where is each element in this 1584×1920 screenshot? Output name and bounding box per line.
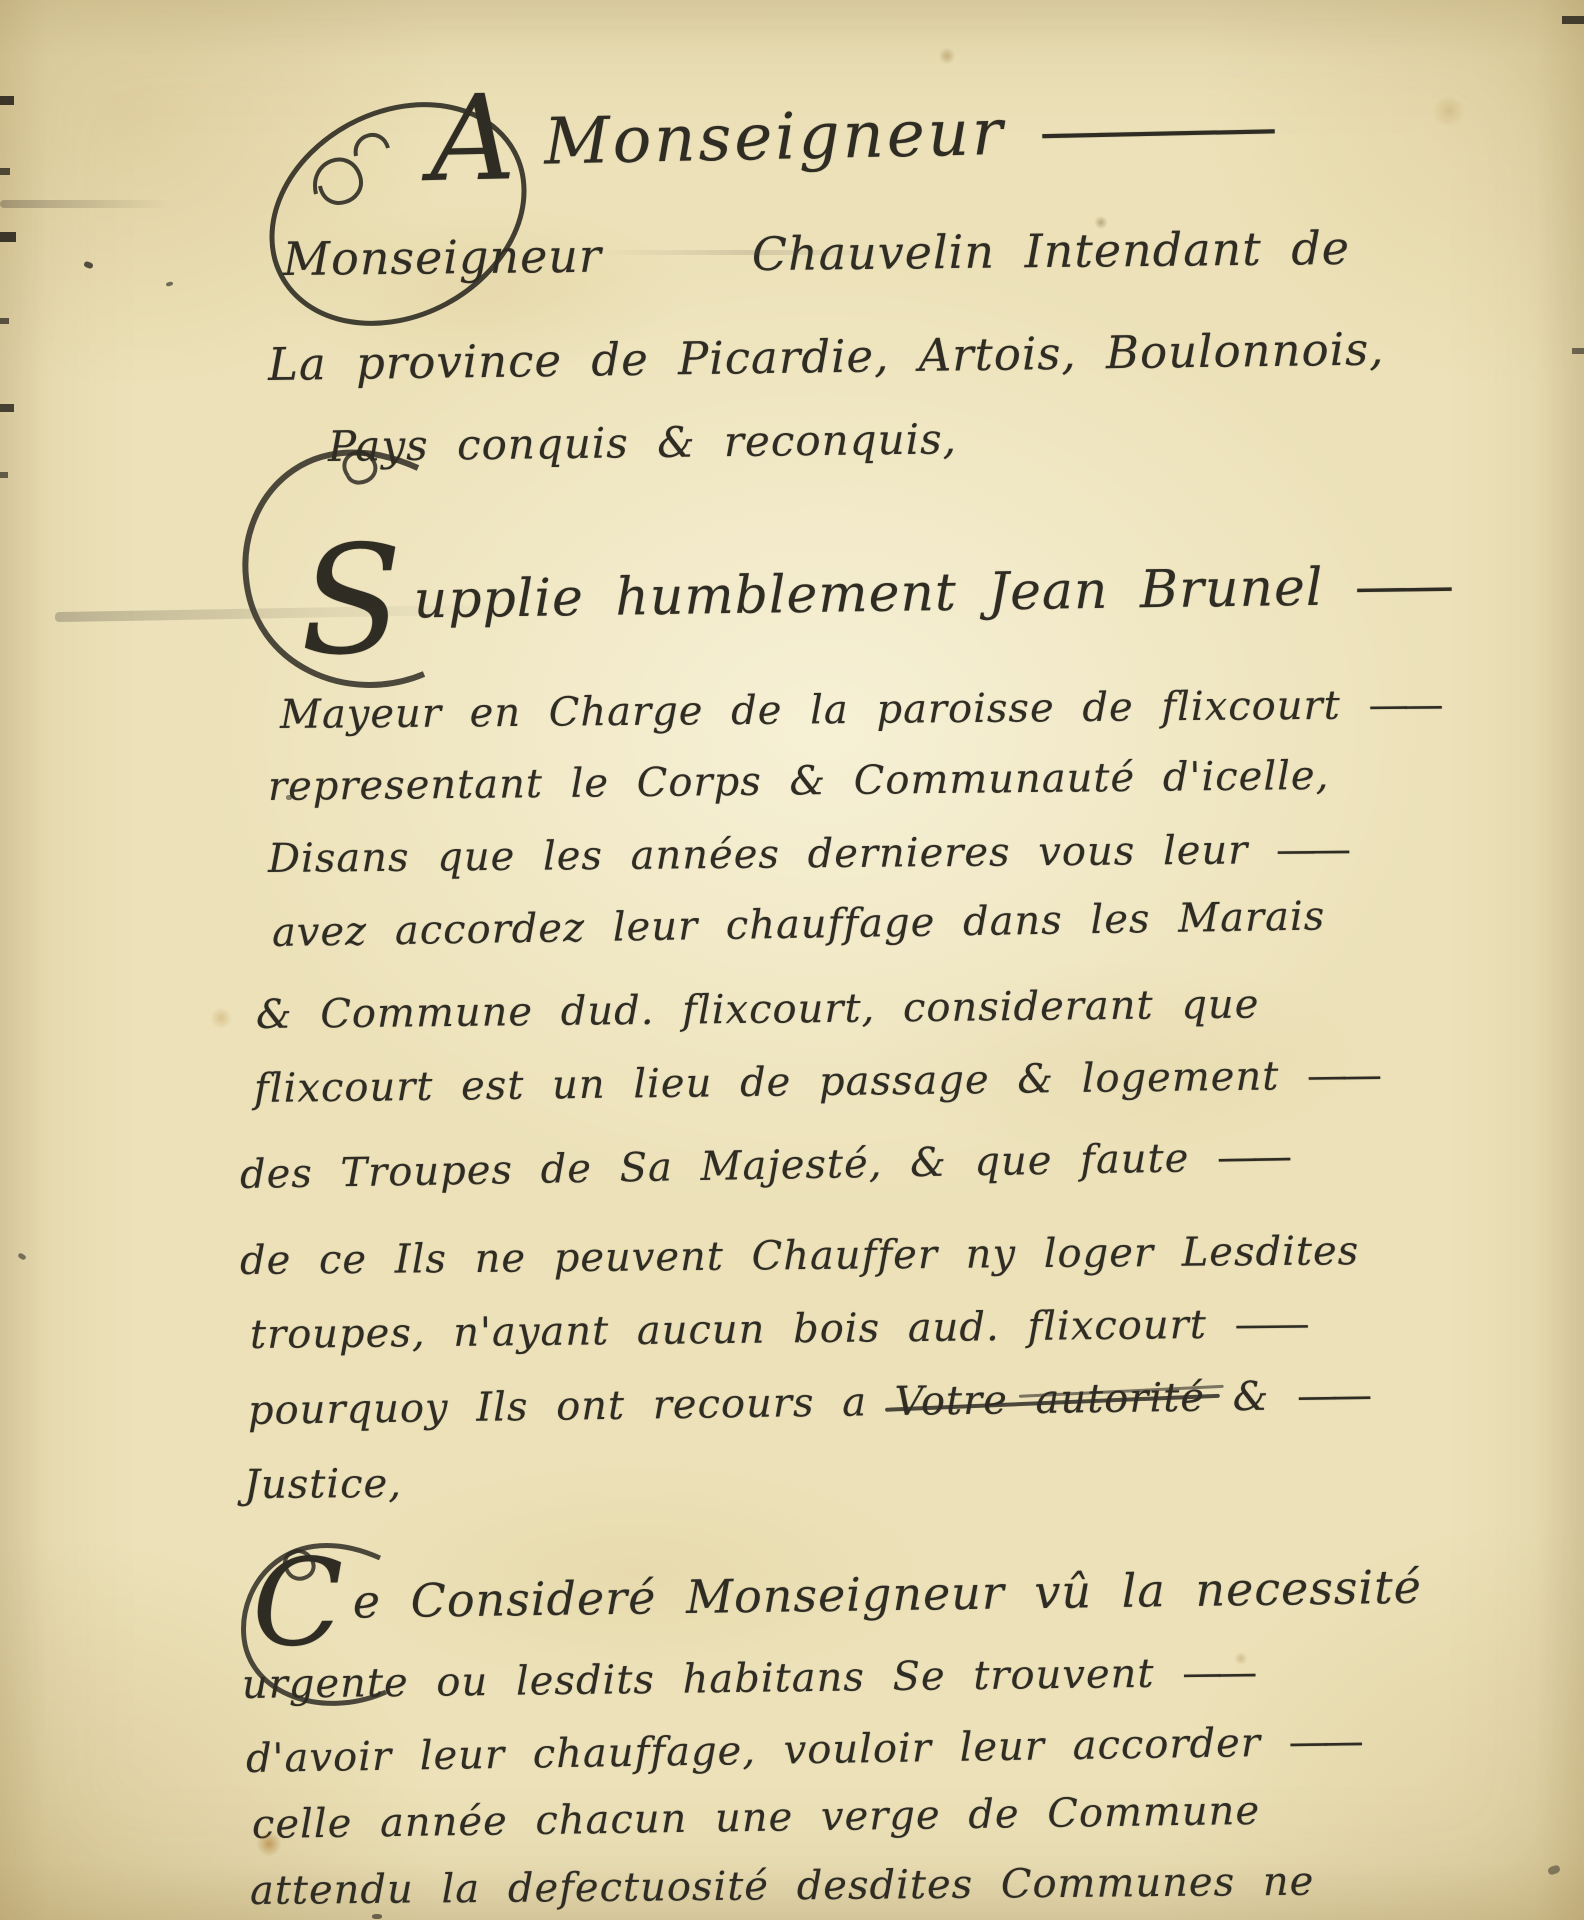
manuscript-line: flixcourt est un lieu de passage & logem… [254,1052,1378,1112]
graphite-smudge [0,200,170,208]
supplie-initial: S [299,514,405,689]
ink-speck [1547,1864,1561,1876]
manuscript-line: & Commune dud. flixcourt, considerant qu… [256,981,1260,1038]
manuscript-line: Pays conquis & reconquis, [328,414,958,471]
manuscript-line: des Troupes de Sa Majesté, & que faute —… [240,1134,1288,1198]
line-filler-dash: —— [1234,1301,1304,1348]
manuscript-line: avez accordez leur chauffage dans les Ma… [272,893,1326,956]
scan-edge-mark [0,168,10,175]
line-filler-dash: —— [1368,682,1438,729]
foxing-stain [938,48,956,64]
manuscript-line: representant le Corps & Communauté d'ice… [268,753,1330,810]
line-text: Disans que les années dernieres vous leu… [268,827,1249,882]
ink-speck [17,1252,26,1260]
manuscript-line: urgente ou lesdits habitans Se trouvent … [242,1650,1253,1708]
line-filler-dash: —— [1354,556,1449,617]
struck-through-words: Votre autorité [894,1375,1205,1425]
manuscript-line: Disans que les années dernieres vous leu… [268,827,1346,882]
line-text: flixcourt est un lieu de passage & logem… [254,1053,1280,1112]
manuscript-line-considere: Ce Consideré Monseigneur vû la necessité [252,1560,1423,1630]
addressee-name: Chauvelin Intendant de [752,221,1351,281]
ink-speck [166,281,174,287]
line-filler-dash: —— [1307,1052,1378,1099]
line-text: d'avoir leur chauffage, vouloir leur acc… [246,1720,1262,1782]
ink-speck [83,261,94,270]
manuscript-line-addressee: MonseigneurChauvelin Intendant de [283,221,1351,286]
manuscript-line: d'avoir leur chauffage, vouloir leur acc… [246,1719,1359,1782]
line-filler-dash: —— [1217,1134,1288,1181]
salutation-word: Monseigneur [543,96,1006,180]
considere-text: e Consideré Monseigneur vû la necessité [352,1560,1422,1629]
line-text: pourquoy Ils ont recours a [248,1379,895,1434]
line-filler-dash: ———— [1039,90,1272,169]
addressee-title: Monseigneur [283,229,602,286]
scan-edge-mark [1562,16,1584,24]
ink-speck [372,1914,382,1919]
scan-edge-mark [1572,348,1584,354]
line-filler-dash: —— [1182,1650,1253,1697]
line-text: urgente ou lesdits habitans Se trouvent [242,1651,1155,1708]
considere-initial: C [251,1534,346,1674]
manuscript-line: Justice, [244,1461,402,1508]
manuscript-line: La province de Picardie, Artois, Boulonn… [268,322,1385,391]
manuscript-line-supplie: Supplie humblement Jean Brunel —— [300,556,1450,632]
line-text: des Troupes de Sa Majesté, & que faute [240,1135,1190,1198]
scan-edge-mark [0,96,14,105]
line-filler-dash: —— [1288,1719,1359,1766]
manuscript-line: attendu la defectuosité desdites Commune… [250,1859,1315,1914]
scan-edge-mark [0,318,9,324]
salutation-initial: A [428,68,519,208]
supplie-text: upplie humblement Jean Brunel [413,558,1323,631]
manuscript-line: Mayeur en Charge de la paroisse de flixc… [280,682,1439,738]
manuscript-line-with-strikethrough: pourquoy Ils ont recours a Votre autorit… [248,1372,1368,1434]
foxing-stain [1432,96,1466,126]
line-filler-dash: —— [1297,1372,1368,1419]
manuscript-line: celle année chacun une verge de Commune [252,1788,1261,1848]
manuscript-line: troupes, n'ayant aucun bois aud. flixcou… [250,1301,1305,1358]
scan-edge-mark [0,472,8,478]
line-text: troupes, n'ayant aucun bois aud. flixcou… [250,1302,1207,1358]
line-filler-dash: —— [1276,827,1346,874]
foxing-stain [210,1008,232,1028]
manuscript-line: de ce Ils ne peuvent Chauffer ny loger L… [240,1228,1360,1284]
manuscript-page: AMonseigneur———— MonseigneurChauvelin In… [0,0,1584,1920]
scan-edge-mark [0,232,16,242]
scan-edge-mark [0,404,14,412]
salutation-line: AMonseigneur———— [429,90,1272,182]
line-text: Mayeur en Charge de la paroisse de flixc… [280,683,1341,738]
